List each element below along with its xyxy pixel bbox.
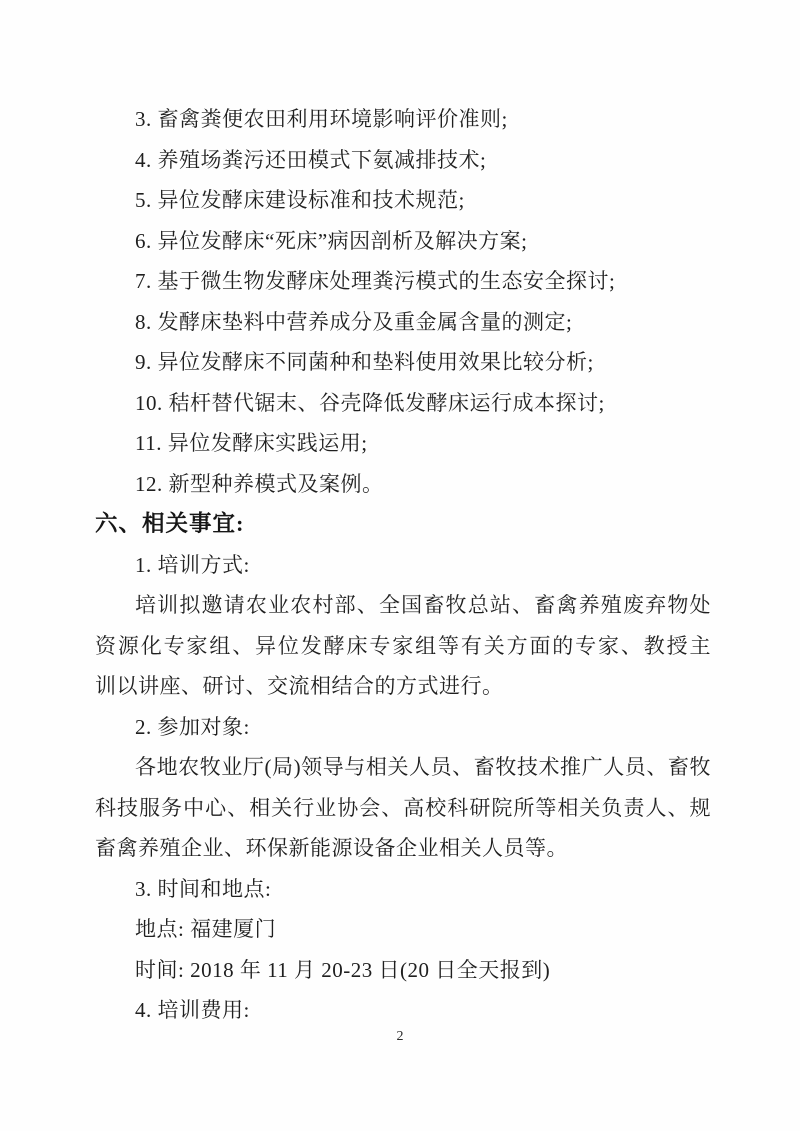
paragraph-line: 各地农牧业厅(局)领导与相关人员、畜牧技术推广人员、畜牧: [95, 747, 711, 788]
subsection-heading-training-fee: 4. 培训费用:: [95, 990, 711, 1031]
list-item: 6. 异位发酵床“死床”病因剖析及解决方案;: [95, 221, 711, 262]
subsection-heading-time-place: 3. 时间和地点:: [95, 869, 711, 910]
location-line: 地点: 福建厦门: [95, 909, 711, 950]
list-item: 12. 新型种养模式及案例。: [95, 464, 711, 505]
subsection-heading-participants: 2. 参加对象:: [95, 707, 711, 748]
list-item: 3. 畜禽粪便农田利用环境影响评价准则;: [95, 99, 711, 140]
subsection-heading-training-method: 1. 培训方式:: [95, 545, 711, 586]
list-item: 4. 养殖场粪污还田模式下氨减排技术;: [95, 140, 711, 181]
page-number: 2: [0, 1026, 800, 1048]
list-item: 5. 异位发酵床建设标准和技术规范;: [95, 180, 711, 221]
paragraph-line: 资源化专家组、异位发酵床专家组等有关方面的专家、教授主讲。培: [95, 626, 711, 667]
list-item: 11. 异位发酵床实践运用;: [95, 423, 711, 464]
paragraph-line: 培训拟邀请农业农村部、全国畜牧总站、畜禽养殖废弃物处理和: [95, 585, 711, 626]
list-item: 10. 秸杆替代锯末、谷壳降低发酵床运行成本探讨;: [95, 383, 711, 424]
section-heading: 六、相关事宜:: [95, 504, 711, 545]
paragraph-line: 畜禽养殖企业、环保新能源设备企业相关人员等。: [95, 828, 711, 869]
document-body: 3. 畜禽粪便农田利用环境影响评价准则; 4. 养殖场粪污还田模式下氨减排技术;…: [95, 99, 711, 1031]
paragraph-line: 训以讲座、研讨、交流相结合的方式进行。: [95, 666, 711, 707]
paragraph-line: 科技服务中心、相关行业协会、高校科研院所等相关负责人、规模化: [95, 788, 711, 829]
list-item: 8. 发酵床垫料中营养成分及重金属含量的测定;: [95, 302, 711, 343]
list-item: 7. 基于微生物发酵床处理粪污模式的生态安全探讨;: [95, 261, 711, 302]
document-page: 3. 畜禽粪便农田利用环境影响评价准则; 4. 养殖场粪污还田模式下氨减排技术;…: [0, 0, 800, 1131]
time-line: 时间: 2018 年 11 月 20-23 日(20 日全天报到): [95, 950, 711, 991]
list-item: 9. 异位发酵床不同菌种和垫料使用效果比较分析;: [95, 342, 711, 383]
